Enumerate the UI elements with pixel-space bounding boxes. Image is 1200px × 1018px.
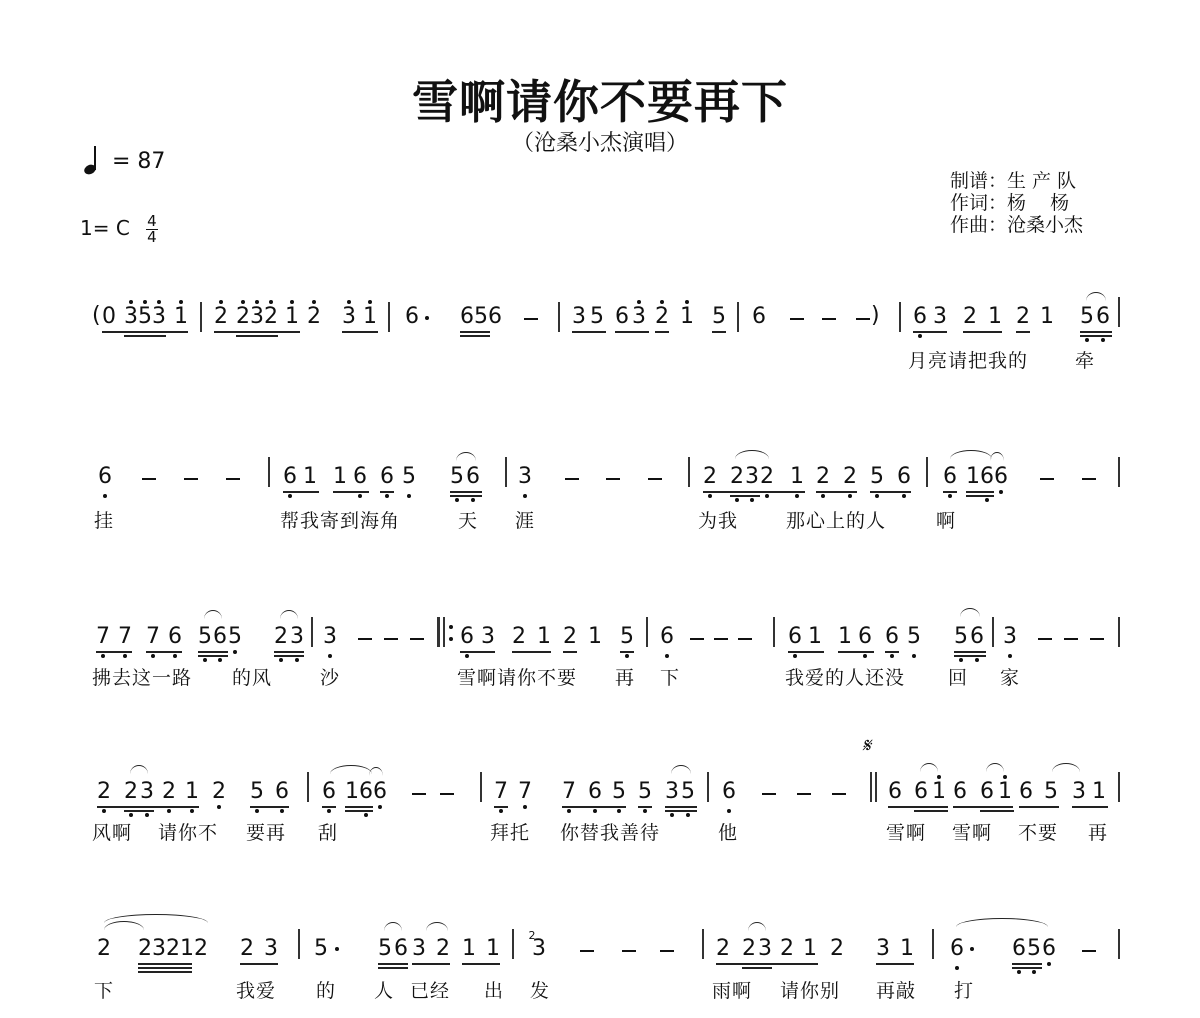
beam-underline bbox=[283, 491, 319, 493]
note-digit: 5 bbox=[612, 780, 626, 804]
note-digit: 3 bbox=[124, 305, 138, 329]
note-digit: 2 bbox=[124, 780, 138, 804]
credit-lyricist: 作词：杨 杨 bbox=[950, 192, 1083, 214]
note-digit: 3 bbox=[342, 305, 356, 329]
note-digit: 3 bbox=[1003, 625, 1017, 649]
octave-dot bbox=[327, 809, 331, 813]
beam-underline bbox=[742, 967, 772, 969]
octave-dot bbox=[218, 658, 222, 662]
octave-dot bbox=[449, 625, 453, 629]
barline bbox=[200, 302, 202, 332]
note-digit: 6 bbox=[353, 465, 367, 489]
note-digit: 1 bbox=[790, 465, 804, 489]
octave-dot bbox=[378, 805, 382, 809]
lyric: 雨啊 bbox=[712, 980, 752, 1002]
note-digit: 7 bbox=[518, 780, 532, 804]
slur-arc bbox=[426, 922, 448, 931]
segno-icon: 𝄋 bbox=[862, 733, 871, 757]
lyric: 再敲 bbox=[876, 980, 916, 1002]
note-digit: 2 bbox=[264, 305, 278, 329]
beam-underline bbox=[838, 651, 874, 653]
note-digit: 2 bbox=[843, 465, 857, 489]
lyric: 的 bbox=[316, 980, 336, 1002]
note-digit: 1 bbox=[838, 625, 852, 649]
octave-dot bbox=[217, 805, 221, 809]
sustain-dash bbox=[1038, 638, 1052, 640]
octave-dot bbox=[937, 775, 941, 779]
beam-underline bbox=[716, 963, 818, 965]
beam-underline bbox=[198, 655, 228, 657]
lyric: 挂 bbox=[94, 510, 114, 532]
note-digit: 5 bbox=[198, 625, 212, 649]
sustain-dash bbox=[410, 638, 424, 640]
note-digit: 1 bbox=[486, 937, 500, 961]
sustain-dash bbox=[1064, 638, 1078, 640]
note-digit: 3 bbox=[1072, 780, 1086, 804]
page-title: 雪啊请你不要再下 bbox=[0, 66, 1200, 132]
octave-dot bbox=[955, 966, 959, 970]
octave-dot bbox=[643, 809, 647, 813]
sustain-dash bbox=[690, 638, 704, 640]
beam-underline bbox=[816, 491, 857, 493]
note-digit: 1 bbox=[185, 780, 199, 804]
beam-underline bbox=[274, 651, 304, 653]
beam-underline bbox=[703, 491, 805, 493]
beam-underline bbox=[665, 806, 697, 808]
octave-dot bbox=[179, 300, 183, 304]
lyric: 请你别 bbox=[780, 980, 840, 1002]
octave-dot bbox=[1017, 970, 1021, 974]
barline bbox=[1118, 929, 1120, 959]
barline bbox=[512, 929, 514, 959]
barline bbox=[558, 302, 560, 332]
octave-dot bbox=[821, 494, 825, 498]
octave-dot bbox=[795, 494, 799, 498]
octave-dot bbox=[625, 654, 629, 658]
note-digit: 1 bbox=[998, 780, 1012, 804]
lyric: 我爱 bbox=[236, 980, 276, 1002]
octave-dot bbox=[312, 300, 316, 304]
note-digit: 6 bbox=[168, 625, 182, 649]
sustain-dash bbox=[762, 793, 776, 795]
octave-dot bbox=[173, 654, 177, 658]
note-digit: 6 bbox=[322, 780, 336, 804]
note-digit: 6 bbox=[722, 780, 736, 804]
octave-dot bbox=[290, 300, 294, 304]
octave-dot bbox=[665, 654, 669, 658]
slur-arc bbox=[384, 922, 402, 931]
note-digit: 2 bbox=[780, 937, 794, 961]
octave-dot bbox=[241, 300, 245, 304]
beam-underline bbox=[450, 491, 482, 493]
barline bbox=[1118, 772, 1120, 802]
note-digit: 2 bbox=[240, 937, 254, 961]
lyric: 下 bbox=[94, 980, 114, 1002]
barline bbox=[870, 772, 872, 802]
octave-dot bbox=[385, 494, 389, 498]
octave-dot bbox=[255, 300, 259, 304]
note-digit: 6 bbox=[283, 465, 297, 489]
note-digit: 6 bbox=[359, 780, 373, 804]
beam-underline bbox=[450, 495, 482, 497]
beam-underline bbox=[954, 651, 986, 653]
barline bbox=[875, 772, 877, 802]
note-digit: 3 bbox=[140, 780, 154, 804]
lyric: 的风 bbox=[232, 667, 272, 689]
note-digit: 1 bbox=[180, 937, 194, 961]
note-digit: 2 bbox=[166, 937, 180, 961]
lyric: 你替我善待 bbox=[560, 822, 660, 844]
beam-underline bbox=[512, 651, 551, 653]
note-digit: 2 bbox=[563, 625, 577, 649]
note-digit: 6 bbox=[752, 305, 766, 329]
sustain-dash bbox=[1040, 478, 1054, 480]
beam-underline bbox=[655, 331, 669, 333]
beam-underline bbox=[953, 806, 1013, 808]
note-digit: 6 bbox=[788, 625, 802, 649]
note-digit: 7 bbox=[494, 780, 508, 804]
note-digit: 2 bbox=[760, 465, 774, 489]
note-digit: 3 bbox=[933, 305, 947, 329]
beam-underline bbox=[913, 331, 947, 333]
note-digit: 6 bbox=[994, 465, 1008, 489]
beam-underline bbox=[572, 331, 606, 333]
note-digit: 1 bbox=[808, 625, 822, 649]
note-digit: 3 bbox=[152, 937, 166, 961]
note-digit: 2 bbox=[716, 937, 730, 961]
octave-dot bbox=[637, 300, 641, 304]
beam-underline bbox=[876, 963, 914, 965]
note-digit: 6 bbox=[1012, 937, 1026, 961]
sustain-dash bbox=[524, 318, 538, 320]
slur-arc bbox=[956, 918, 1048, 927]
beam-underline bbox=[146, 651, 182, 653]
lyric: 天 bbox=[458, 510, 478, 532]
barline bbox=[932, 929, 934, 959]
beam-underline bbox=[97, 806, 199, 808]
note-digit: 6 bbox=[980, 780, 994, 804]
beam-underline bbox=[412, 963, 450, 965]
beam-underline bbox=[1012, 967, 1042, 969]
octave-dot bbox=[686, 813, 690, 817]
note-digit: 7 bbox=[96, 625, 110, 649]
note-digit: 6 bbox=[913, 305, 927, 329]
lyric: 要再 bbox=[246, 822, 286, 844]
note-digit: 2 bbox=[307, 305, 321, 329]
note-digit: 6 bbox=[660, 625, 674, 649]
note-digit: 5 bbox=[681, 780, 695, 804]
beam-underline bbox=[460, 335, 490, 337]
barline bbox=[702, 929, 704, 959]
note-digit: 3 bbox=[532, 937, 546, 961]
note-digit: 5 bbox=[954, 625, 968, 649]
beam-underline bbox=[665, 810, 697, 812]
tempo-value: = 87 bbox=[112, 149, 165, 174]
time-signature: 44 bbox=[146, 214, 158, 245]
beam-underline bbox=[963, 331, 1002, 333]
sustain-dash bbox=[797, 793, 811, 795]
octave-dot bbox=[123, 654, 127, 658]
slur-arc bbox=[204, 610, 222, 619]
beam-underline bbox=[620, 651, 634, 653]
note-digit: 5 bbox=[474, 305, 488, 329]
octave-dot bbox=[1085, 338, 1089, 342]
slur-arc bbox=[280, 610, 298, 619]
note-digit: 6 bbox=[213, 625, 227, 649]
slur-arc bbox=[330, 765, 372, 774]
sustain-dash bbox=[738, 638, 752, 640]
note-digit: 6 bbox=[897, 465, 911, 489]
note-digit: 6 bbox=[1042, 937, 1056, 961]
octave-dot bbox=[269, 300, 273, 304]
note-digit: 3 bbox=[250, 305, 264, 329]
beam-underline bbox=[1072, 806, 1108, 808]
note-digit: 5 bbox=[314, 937, 328, 961]
note-digit: 1 bbox=[932, 780, 946, 804]
credit-composer: 作曲：沧桑小杰 bbox=[950, 214, 1083, 236]
lyric: 为我 bbox=[698, 510, 738, 532]
octave-dot bbox=[499, 809, 503, 813]
beam-underline bbox=[494, 806, 508, 808]
slur-arc bbox=[671, 765, 691, 774]
octave-dot bbox=[295, 658, 299, 662]
note-digit: 1 bbox=[462, 937, 476, 961]
performer-subtitle: （沧桑小杰演唱） bbox=[0, 126, 1200, 157]
beam-underline bbox=[124, 810, 154, 812]
note-digit: 6 bbox=[950, 937, 964, 961]
octave-dot bbox=[793, 654, 797, 658]
note-digit: 2 bbox=[816, 465, 830, 489]
lyric: 沙 bbox=[320, 667, 340, 689]
barline bbox=[1118, 617, 1120, 647]
note-digit: 6 bbox=[858, 625, 872, 649]
octave-dot bbox=[129, 813, 133, 817]
octave-dot bbox=[280, 809, 284, 813]
octave-dot bbox=[233, 650, 237, 654]
sustain-dash bbox=[822, 318, 836, 320]
sustain-dash bbox=[606, 478, 620, 480]
octave-dot bbox=[848, 494, 852, 498]
lyric: 牵 bbox=[1075, 350, 1095, 372]
lyric: 下 bbox=[660, 667, 680, 689]
beam-underline bbox=[378, 963, 408, 965]
note-digit: 7 bbox=[146, 625, 160, 649]
octave-dot bbox=[617, 809, 621, 813]
beam-underline bbox=[1012, 963, 1042, 965]
note-digit: 1 bbox=[537, 625, 551, 649]
octave-dot bbox=[471, 498, 475, 502]
beam-underline bbox=[138, 963, 192, 965]
note-digit: 6 bbox=[1019, 780, 1033, 804]
barline bbox=[992, 617, 994, 647]
intro-paren: ( bbox=[92, 304, 101, 328]
note-digit: 3 bbox=[632, 305, 646, 329]
beam-underline bbox=[138, 971, 192, 973]
lyric: 风啊 bbox=[92, 822, 132, 844]
beam-underline bbox=[954, 655, 986, 657]
octave-dot bbox=[151, 654, 155, 658]
note-digit: 3 bbox=[745, 465, 759, 489]
note-digit: 1 bbox=[285, 305, 299, 329]
octave-dot bbox=[279, 658, 283, 662]
note-digit: 6 bbox=[885, 625, 899, 649]
lyric: 他 bbox=[718, 822, 738, 844]
note-digit: 5 bbox=[1080, 305, 1094, 329]
lyric: 请你不 bbox=[158, 822, 218, 844]
beam-underline bbox=[562, 806, 626, 808]
note-digit: 3 bbox=[264, 937, 278, 961]
octave-dot bbox=[735, 498, 739, 502]
slur-arc bbox=[456, 452, 476, 461]
note-digit: 3 bbox=[290, 625, 304, 649]
note-digit: 5 bbox=[712, 305, 726, 329]
barline bbox=[443, 617, 445, 647]
note-digit: 6 bbox=[488, 305, 502, 329]
barline bbox=[298, 929, 300, 959]
note-digit: 1 bbox=[588, 625, 602, 649]
barline bbox=[1118, 297, 1120, 327]
beam-underline bbox=[966, 491, 994, 493]
lyric: 我爱的人还没 bbox=[785, 667, 905, 689]
note-digit: 6 bbox=[380, 465, 394, 489]
sustain-dash bbox=[565, 478, 579, 480]
note-digit: 1 bbox=[988, 305, 1002, 329]
lyric: 涯 bbox=[515, 510, 535, 532]
note-digit: 3 bbox=[876, 937, 890, 961]
lyric: 刮 bbox=[318, 822, 338, 844]
octave-dot bbox=[145, 813, 149, 817]
note-digit: 2 bbox=[214, 305, 228, 329]
octave-dot bbox=[685, 300, 689, 304]
note-digit: 1 bbox=[966, 465, 980, 489]
beam-underline bbox=[885, 651, 899, 653]
note-digit: 6 bbox=[460, 305, 474, 329]
beam-underline bbox=[460, 331, 490, 333]
beam-underline bbox=[914, 810, 948, 812]
beam-underline bbox=[198, 651, 228, 653]
octave-dot bbox=[1008, 654, 1012, 658]
note-digit: 2 bbox=[655, 305, 669, 329]
octave-dot bbox=[708, 494, 712, 498]
credits-block: 制谱：生 产 队 作词：杨 杨 作曲：沧桑小杰 bbox=[950, 170, 1083, 236]
beam-underline bbox=[342, 331, 378, 333]
sustain-dash bbox=[184, 478, 198, 480]
sustain-dash bbox=[1082, 950, 1096, 952]
slur-arc bbox=[748, 922, 766, 931]
octave-dot bbox=[970, 947, 974, 951]
slur-arc bbox=[369, 767, 383, 776]
octave-dot bbox=[1047, 962, 1051, 966]
note-digit: 5 bbox=[638, 780, 652, 804]
note-digit: 6 bbox=[466, 465, 480, 489]
octave-dot bbox=[875, 494, 879, 498]
octave-dot bbox=[670, 813, 674, 817]
octave-dot bbox=[1003, 775, 1007, 779]
beam-underline bbox=[345, 810, 373, 812]
barline bbox=[388, 302, 390, 332]
note-digit: 5 bbox=[870, 465, 884, 489]
octave-dot bbox=[368, 300, 372, 304]
note-digit: 6 bbox=[588, 780, 602, 804]
octave-dot bbox=[143, 300, 147, 304]
beam-underline bbox=[730, 495, 760, 497]
lyric: 雪啊 bbox=[952, 822, 992, 844]
beam-underline bbox=[96, 651, 132, 653]
sustain-dash bbox=[358, 638, 372, 640]
note-digit: 2 bbox=[274, 625, 288, 649]
octave-dot bbox=[455, 498, 459, 502]
note-digit: 2 bbox=[212, 780, 226, 804]
octave-dot bbox=[1101, 338, 1105, 342]
octave-dot bbox=[959, 658, 963, 662]
note-digit: 6 bbox=[980, 465, 994, 489]
octave-dot bbox=[328, 654, 332, 658]
note-digit: 7 bbox=[562, 780, 576, 804]
octave-dot bbox=[948, 494, 952, 498]
lyric: 再 bbox=[1088, 822, 1108, 844]
lyric: 雪啊 bbox=[886, 822, 926, 844]
slur-arc bbox=[990, 452, 1004, 461]
octave-dot bbox=[765, 494, 769, 498]
beam-underline bbox=[240, 963, 278, 965]
beam-underline bbox=[124, 335, 166, 337]
octave-dot bbox=[999, 490, 1003, 494]
barline bbox=[1118, 457, 1120, 487]
note-digit: 2 bbox=[138, 937, 152, 961]
slur-arc bbox=[130, 765, 148, 774]
lyric: 月亮请把我的 bbox=[908, 350, 1028, 372]
note-digit: 3 bbox=[412, 937, 426, 961]
sustain-dash bbox=[580, 950, 594, 952]
beam-underline bbox=[250, 806, 289, 808]
beam-underline bbox=[380, 491, 394, 493]
octave-dot bbox=[203, 658, 207, 662]
octave-dot bbox=[975, 658, 979, 662]
slur-arc bbox=[950, 450, 992, 459]
note-digit: 2 bbox=[963, 305, 977, 329]
beam-underline bbox=[460, 651, 495, 653]
slur-arc bbox=[1052, 763, 1080, 772]
lyric: 打 bbox=[954, 980, 974, 1002]
lyric: 发 bbox=[530, 980, 550, 1002]
octave-dot bbox=[129, 300, 133, 304]
octave-dot bbox=[660, 300, 664, 304]
sustain-dash bbox=[412, 793, 426, 795]
barline bbox=[307, 772, 309, 802]
beam-underline bbox=[888, 806, 948, 808]
octave-dot bbox=[347, 300, 351, 304]
barline bbox=[480, 772, 482, 802]
lyric: 家 bbox=[1000, 667, 1020, 689]
note-digit: 1 bbox=[803, 937, 817, 961]
note-digit: 2 bbox=[830, 937, 844, 961]
note-digit: 0 bbox=[102, 305, 116, 329]
beam-underline bbox=[462, 963, 500, 965]
barline bbox=[505, 457, 507, 487]
barline bbox=[268, 457, 270, 487]
barline bbox=[311, 617, 313, 647]
barline bbox=[899, 302, 901, 332]
beam-underline bbox=[138, 967, 192, 969]
octave-dot bbox=[103, 494, 107, 498]
barline bbox=[737, 302, 739, 332]
note-digit: 6 bbox=[394, 937, 408, 961]
note-digit: 2 bbox=[730, 465, 744, 489]
sustain-dash bbox=[226, 478, 240, 480]
octave-dot bbox=[523, 494, 527, 498]
note-digit: 6 bbox=[953, 780, 967, 804]
octave-dot bbox=[1032, 970, 1036, 974]
